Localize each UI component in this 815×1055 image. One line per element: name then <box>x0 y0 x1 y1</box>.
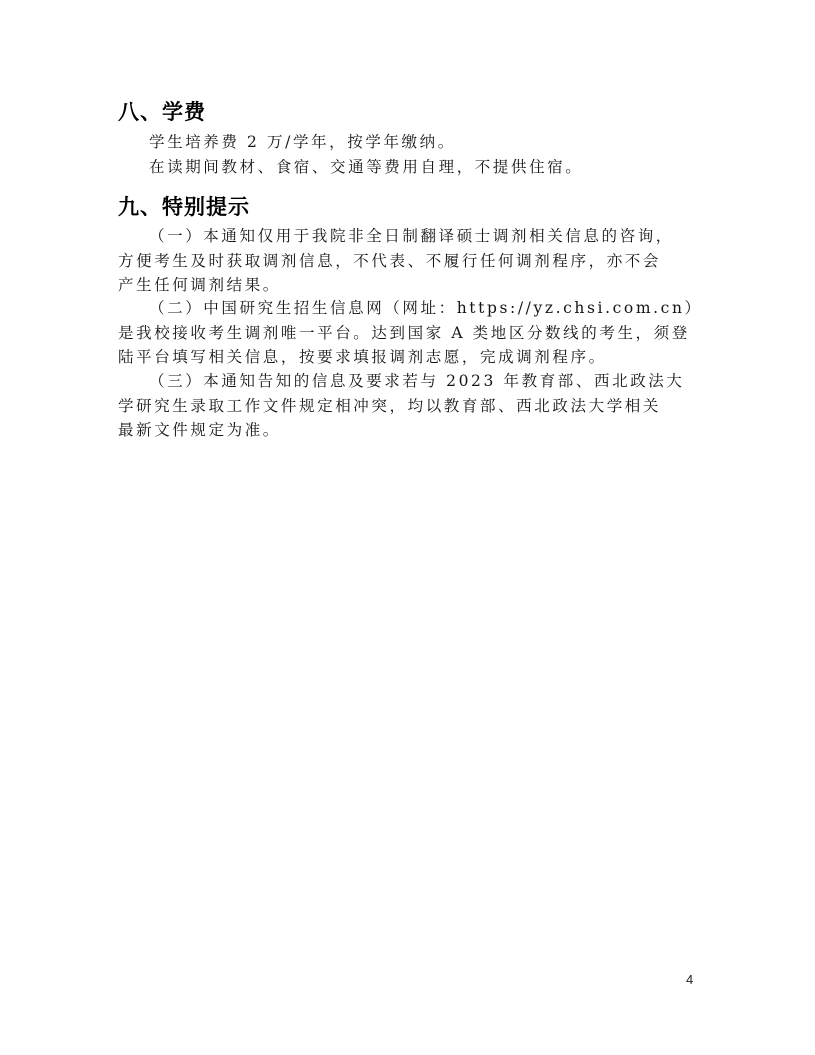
text-line: 产生任何调剂结果。 <box>118 273 702 298</box>
section-heading-special-notes: 九、特别提示 <box>118 191 250 221</box>
text-line: 方便考生及时获取调剂信息，不代表、不履行任何调剂程序，亦不会 <box>118 249 702 274</box>
paragraph-note-1: （一）本通知仅用于我院非全日制翻译硕士调剂相关信息的咨询， 方便考生及时获取调剂… <box>118 224 702 298</box>
text-line: 学生培养费 2 万/学年，按学年缴纳。 <box>118 130 702 155</box>
paragraph-living-expenses: 在读期间教材、食宿、交通等费用自理，不提供住宿。 <box>118 155 702 180</box>
text-line: 陆平台填写相关信息，按要求填报调剂志愿，完成调剂程序。 <box>118 345 702 370</box>
section-heading-tuition: 八、学费 <box>118 96 206 126</box>
text-line: 学研究生录取工作文件规定相冲突，均以教育部、西北政法大学相关 <box>118 394 702 419</box>
paragraph-tuition-fee: 学生培养费 2 万/学年，按学年缴纳。 <box>118 130 702 155</box>
text-line: 在读期间教材、食宿、交通等费用自理，不提供住宿。 <box>118 155 702 180</box>
text-line: 最新文件规定为准。 <box>118 418 702 443</box>
text-line: （三）本通知告知的信息及要求若与 2023 年教育部、西北政法大 <box>118 369 702 394</box>
paragraph-note-3: （三）本通知告知的信息及要求若与 2023 年教育部、西北政法大 学研究生录取工… <box>118 369 702 443</box>
text-line: （二）中国研究生招生信息网（网址：https://yz.chsi.com.cn） <box>118 296 702 321</box>
page-number: 4 <box>686 972 693 987</box>
document-page: 八、学费 学生培养费 2 万/学年，按学年缴纳。 在读期间教材、食宿、交通等费用… <box>0 0 815 1055</box>
text-line: （一）本通知仅用于我院非全日制翻译硕士调剂相关信息的咨询， <box>118 224 702 249</box>
paragraph-note-2: （二）中国研究生招生信息网（网址：https://yz.chsi.com.cn）… <box>118 296 702 370</box>
text-line: 是我校接收考生调剂唯一平台。达到国家 A 类地区分数线的考生，须登 <box>118 321 702 346</box>
